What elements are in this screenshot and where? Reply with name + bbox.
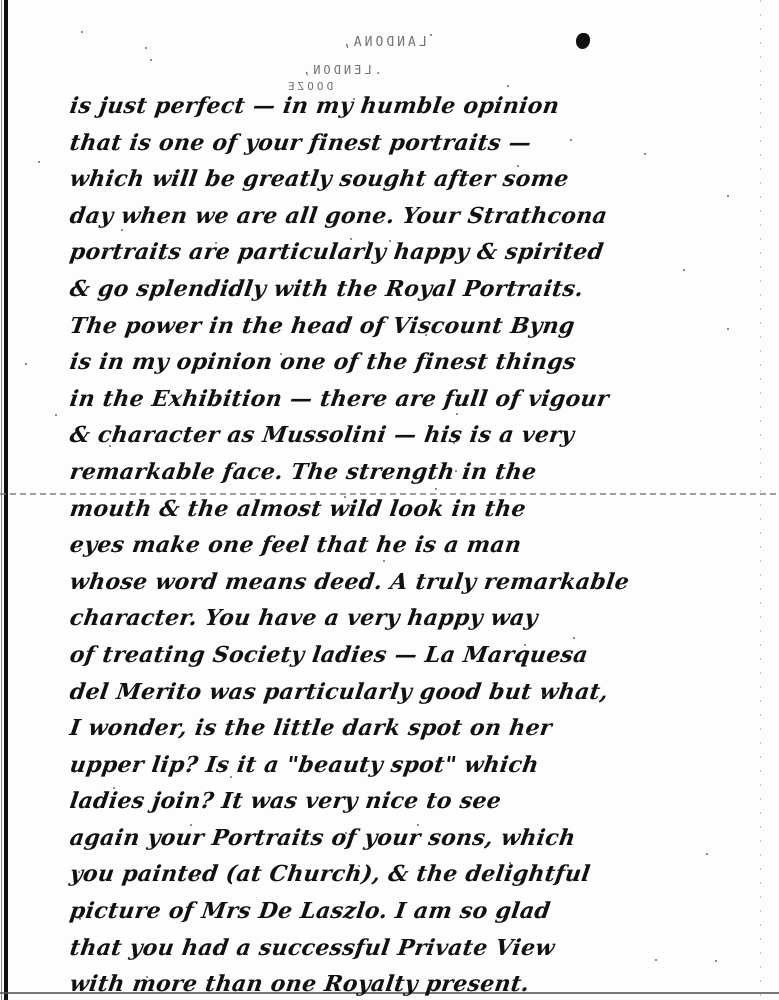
bleed-through-text: LANDONA, bbox=[340, 35, 427, 50]
handwritten-line: I wonder, is the little dark spot on her bbox=[67, 710, 762, 747]
handwritten-line: that is one of your finest portraits — bbox=[67, 125, 762, 162]
scan-edge-line bbox=[1, 0, 2, 1000]
handwritten-line: ladies join? It was very nice to see bbox=[67, 783, 762, 820]
handwritten-line: eyes make one feel that he is a man bbox=[67, 527, 762, 564]
handwritten-line: remarkable face. The strength in the bbox=[67, 454, 762, 491]
letter-page: LANDONA, .LENDON, DOOZE is just perfect … bbox=[0, 0, 779, 1000]
handwritten-line: with more than one Royalty present. bbox=[67, 966, 762, 1000]
handwritten-line: you painted (at Church), & the delightfu… bbox=[67, 856, 762, 893]
handwritten-line: portraits are particularly happy & spiri… bbox=[67, 234, 762, 271]
handwritten-line: & go splendidly with the Royal Portraits… bbox=[67, 271, 762, 308]
handwritten-line: The power in the head of Viscount Byng bbox=[67, 308, 762, 345]
handwritten-line: in the Exhibition — there are full of vi… bbox=[67, 381, 762, 418]
handwritten-body: is just perfect — in my humble opinionth… bbox=[70, 88, 760, 1000]
handwritten-line: mouth & the almost wild look in the bbox=[67, 491, 762, 528]
handwritten-line: which will be greatly sought after some bbox=[67, 161, 762, 198]
handwritten-line: & character as Mussolini — his is a very bbox=[67, 417, 762, 454]
handwritten-line: is in my opinion one of the finest thing… bbox=[67, 344, 762, 381]
handwritten-line: character. You have a very happy way bbox=[67, 600, 762, 637]
bleed-through-text: .LENDON, bbox=[300, 63, 382, 77]
handwritten-line: upper lip? Is it a "beauty spot" which bbox=[67, 747, 762, 784]
handwritten-line: day when we are all gone. Your Strathcon… bbox=[67, 198, 762, 235]
handwritten-line: picture of Mrs De Laszlo. I am so glad bbox=[67, 893, 762, 930]
handwritten-line: that you had a successful Private View bbox=[67, 930, 762, 967]
handwritten-line: again your Portraits of your sons, which bbox=[67, 820, 762, 857]
handwritten-line: del Merito was particularly good but wha… bbox=[67, 674, 762, 711]
scan-left-border bbox=[4, 0, 8, 1000]
handwritten-line: whose word means deed. A truly remarkabl… bbox=[67, 564, 762, 601]
handwritten-line: is just perfect — in my humble opinion bbox=[67, 88, 762, 125]
ink-blot-mark bbox=[576, 33, 590, 49]
handwritten-line: of treating Society ladies — La Marquesa bbox=[67, 637, 762, 674]
